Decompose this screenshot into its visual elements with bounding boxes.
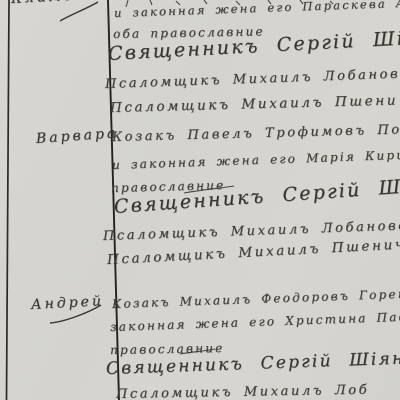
parents-line: Козакъ Павелъ Трофимовъ Подеш <box>112 121 400 145</box>
scanned-register-page: Климентъ и законная жена его Параскева А… <box>0 0 400 400</box>
child-name: Андрей <box>31 293 105 313</box>
parents-line: Козакъ Михаилъ Феодоровъ Гореничъ <box>112 286 400 311</box>
parents-line: и законная жена его Марія Кирилов <box>112 147 400 172</box>
parents-line: и законная жена его Параскева Аѳро <box>114 0 400 20</box>
psalmist-signature-line: Псаломщикъ Михаилъ Лоб <box>116 383 369 400</box>
name-flourish-stroke <box>60 2 98 21</box>
parents-line: законная жена его Христина Павлов <box>110 309 400 334</box>
left-border-rule <box>7 0 10 400</box>
psalmist-signature-line: Псаломщикъ Михаилъ Пшени <box>110 92 398 116</box>
child-name: Климентъ <box>11 0 116 7</box>
child-name: Варвара <box>35 125 118 147</box>
psalmist-signature-line: Псаломщикъ Михаилъ Лобановс <box>105 66 400 92</box>
